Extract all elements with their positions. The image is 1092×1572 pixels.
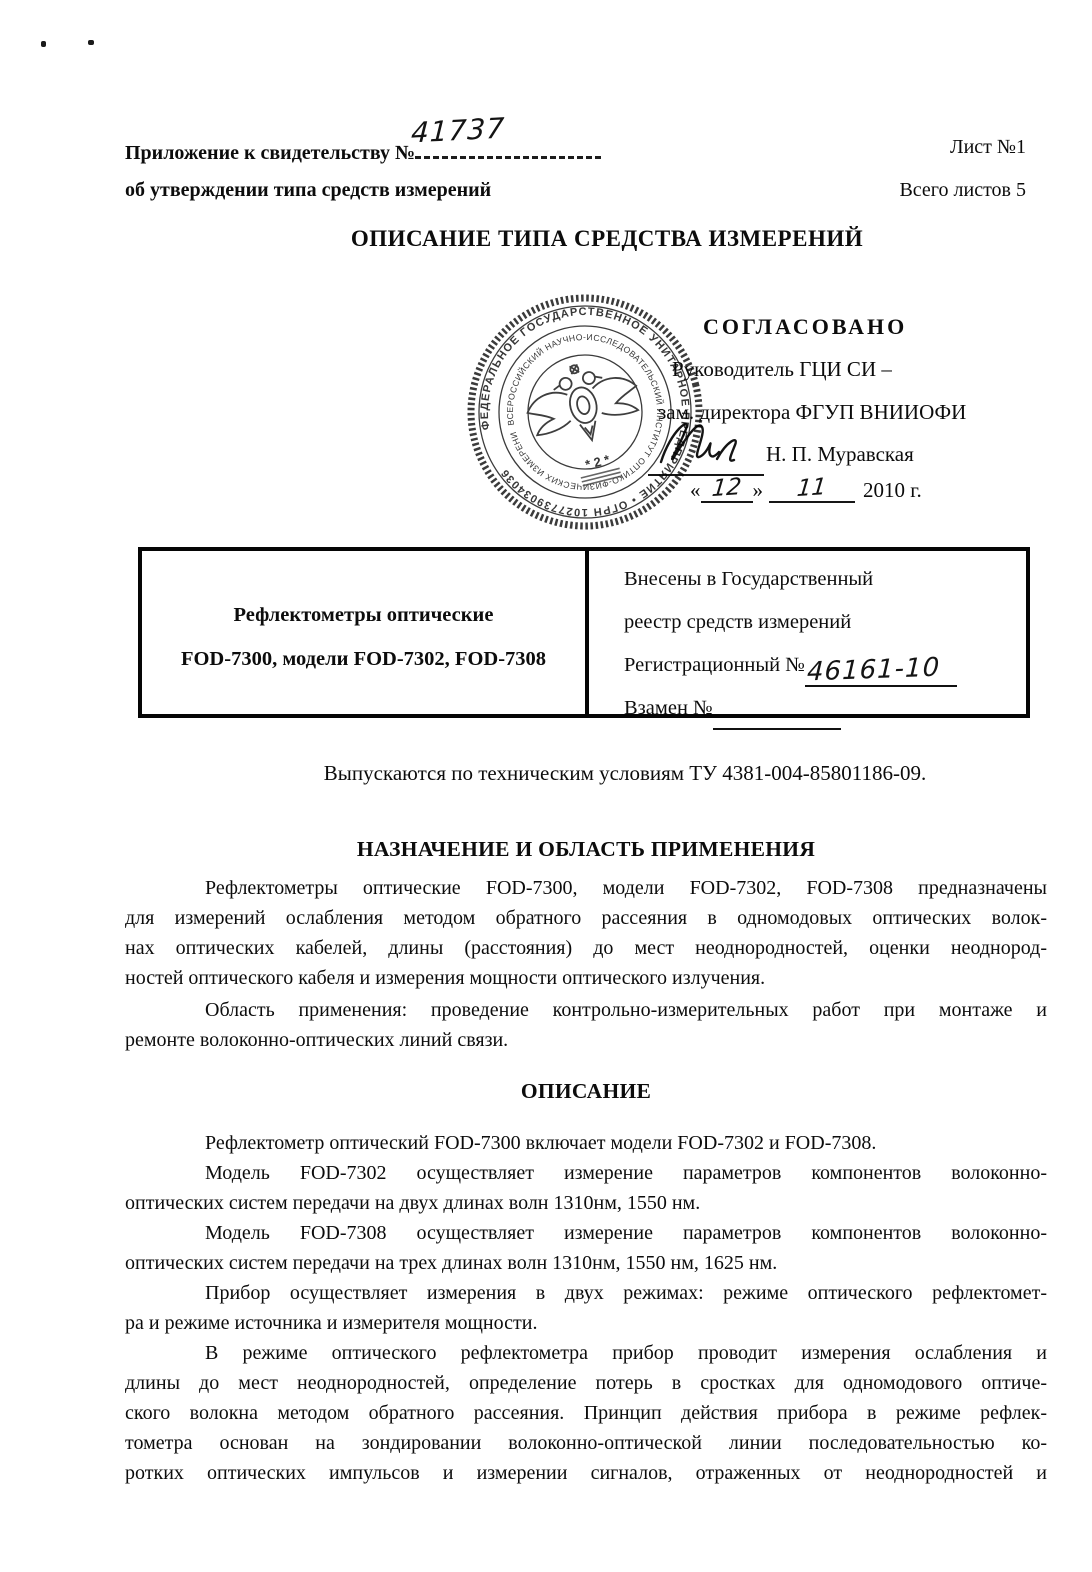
approval-status: СОГЛАСОВАНО xyxy=(703,314,907,340)
scan-speck xyxy=(88,40,94,45)
certificate-number-handwritten: 41737 xyxy=(410,111,506,149)
section-purpose-body: Рефлектометры оптические FOD-7300, модел… xyxy=(125,873,1047,1055)
device-name-line-1: Рефлектометры оптические xyxy=(142,593,585,637)
double-headed-eagle-icon xyxy=(519,352,646,454)
registry-line-2: реестр средств измерений xyxy=(624,601,1026,644)
svg-text:ФЕДЕРАЛЬНОЕ ГОСУДАРСТВЕННОЕ УН: ФЕДЕРАЛЬНОЕ ГОСУДАРСТВЕННОЕ УНИТАРНОЕ ПР… xyxy=(464,291,706,533)
replaces-number-blank xyxy=(713,700,841,730)
body-line: Рефлектометр оптический FOD-7300 включае… xyxy=(125,1128,1047,1158)
signer-name: Н. П. Муравская xyxy=(766,442,914,467)
total-sheets: Всего листов 5 xyxy=(899,179,1026,202)
registry-line-1: Внесены в Государственный xyxy=(624,558,1026,601)
section-heading-description: ОПИСАНИЕ xyxy=(125,1079,1047,1104)
technical-conditions-line: Выпускаются по техническим условиям ТУ 4… xyxy=(158,761,1092,786)
body-line: Прибор осуществляет измерения в двух реж… xyxy=(125,1278,1047,1308)
seal-center-mark: * 2 * xyxy=(584,451,612,472)
body-line: Рефлектометры оптические FOD-7300, модел… xyxy=(125,873,1047,903)
registration-number-handwritten: 46161-10 xyxy=(806,647,941,695)
section-description-body: Рефлектометр оптический FOD-7300 включае… xyxy=(125,1128,1047,1488)
device-name-line-2: FOD-7300, модели FOD-7302, FOD-7308 xyxy=(142,637,585,681)
body-line: оптических систем передачи на двух длина… xyxy=(125,1188,1047,1218)
device-name-cell: Рефлектометры оптические FOD-7300, модел… xyxy=(142,551,589,714)
body-line: ротких оптических импульсов и измерении … xyxy=(125,1458,1047,1488)
body-line: для измерений ослабления методом обратно… xyxy=(125,903,1047,933)
date-quote-close: » xyxy=(753,478,764,502)
official-seal: ФЕДЕРАЛЬНОЕ ГОСУДАРСТВЕННОЕ УНИТАРНОЕ ПР… xyxy=(464,291,706,533)
registration-number-blank: 46161-10 xyxy=(805,657,957,687)
scan-speck xyxy=(41,41,46,47)
date-day-blank: 12 xyxy=(701,477,753,503)
seal-outer-text: ФЕДЕРАЛЬНОЕ ГОСУДАРСТВЕННОЕ УНИТАРНОЕ ПР… xyxy=(464,291,706,533)
registration-number-line: Регистрационный №46161-10 xyxy=(624,644,1026,687)
document-title: ОПИСАНИЕ ТИПА СРЕДСТВА ИЗМЕРЕНИЙ xyxy=(146,226,1068,252)
body-line: Модель FOD-7308 осуществляет измерение п… xyxy=(125,1218,1047,1248)
section-heading-purpose: НАЗНАЧЕНИЕ И ОБЛАСТЬ ПРИМЕНЕНИЯ xyxy=(125,837,1047,862)
body-line: ра и режиме источника и измерителя мощно… xyxy=(125,1308,1047,1338)
body-line: тометра основан на зондировании волоконн… xyxy=(125,1428,1047,1458)
registration-label: Регистрационный № xyxy=(624,654,805,676)
date-month-blank: 11 xyxy=(769,477,855,503)
device-registry-box: Рефлектометры оптические FOD-7300, модел… xyxy=(138,547,1030,718)
certificate-number-blank: 41737 xyxy=(415,136,601,159)
date-month-handwritten: 11 xyxy=(796,474,828,502)
body-line: длины до мест неоднородностей, определен… xyxy=(125,1368,1047,1398)
date-day-handwritten: 12 xyxy=(711,474,743,502)
registry-cell: Внесены в Государственный реестр средств… xyxy=(589,551,1026,714)
appendix-prefix: Приложение к свидетельству № xyxy=(125,142,415,164)
body-line: Модель FOD-7302 осуществляет измерение п… xyxy=(125,1158,1047,1188)
body-line: ремонте волоконно-оптических линий связи… xyxy=(125,1025,1047,1055)
approval-date: «12»112010 г. xyxy=(690,477,922,503)
body-line: Область применения: проведение контрольн… xyxy=(125,995,1047,1025)
replaces-label: Взамен № xyxy=(624,697,713,719)
appendix-line-1: Приложение к свидетельству №41737 xyxy=(125,136,601,165)
appendix-line-2: об утверждении типа средств измерений xyxy=(125,179,491,202)
body-line: В режиме оптического рефлектометра прибо… xyxy=(125,1338,1047,1368)
body-line: ностей оптического кабеля и измерения мо… xyxy=(125,963,1047,993)
body-line: ского волокна методом обратного рассеяни… xyxy=(125,1398,1047,1428)
seal-ornament-ring xyxy=(464,291,706,533)
sheet-number: Лист №1 xyxy=(950,136,1026,159)
body-line: оптических систем передачи на трех длина… xyxy=(125,1248,1047,1278)
date-year: 2010 г. xyxy=(863,478,922,502)
scanned-document-page: Приложение к свидетельству №41737 Лист №… xyxy=(0,0,1092,1572)
body-line: нах оптических кабелей, длины (расстояни… xyxy=(125,933,1047,963)
